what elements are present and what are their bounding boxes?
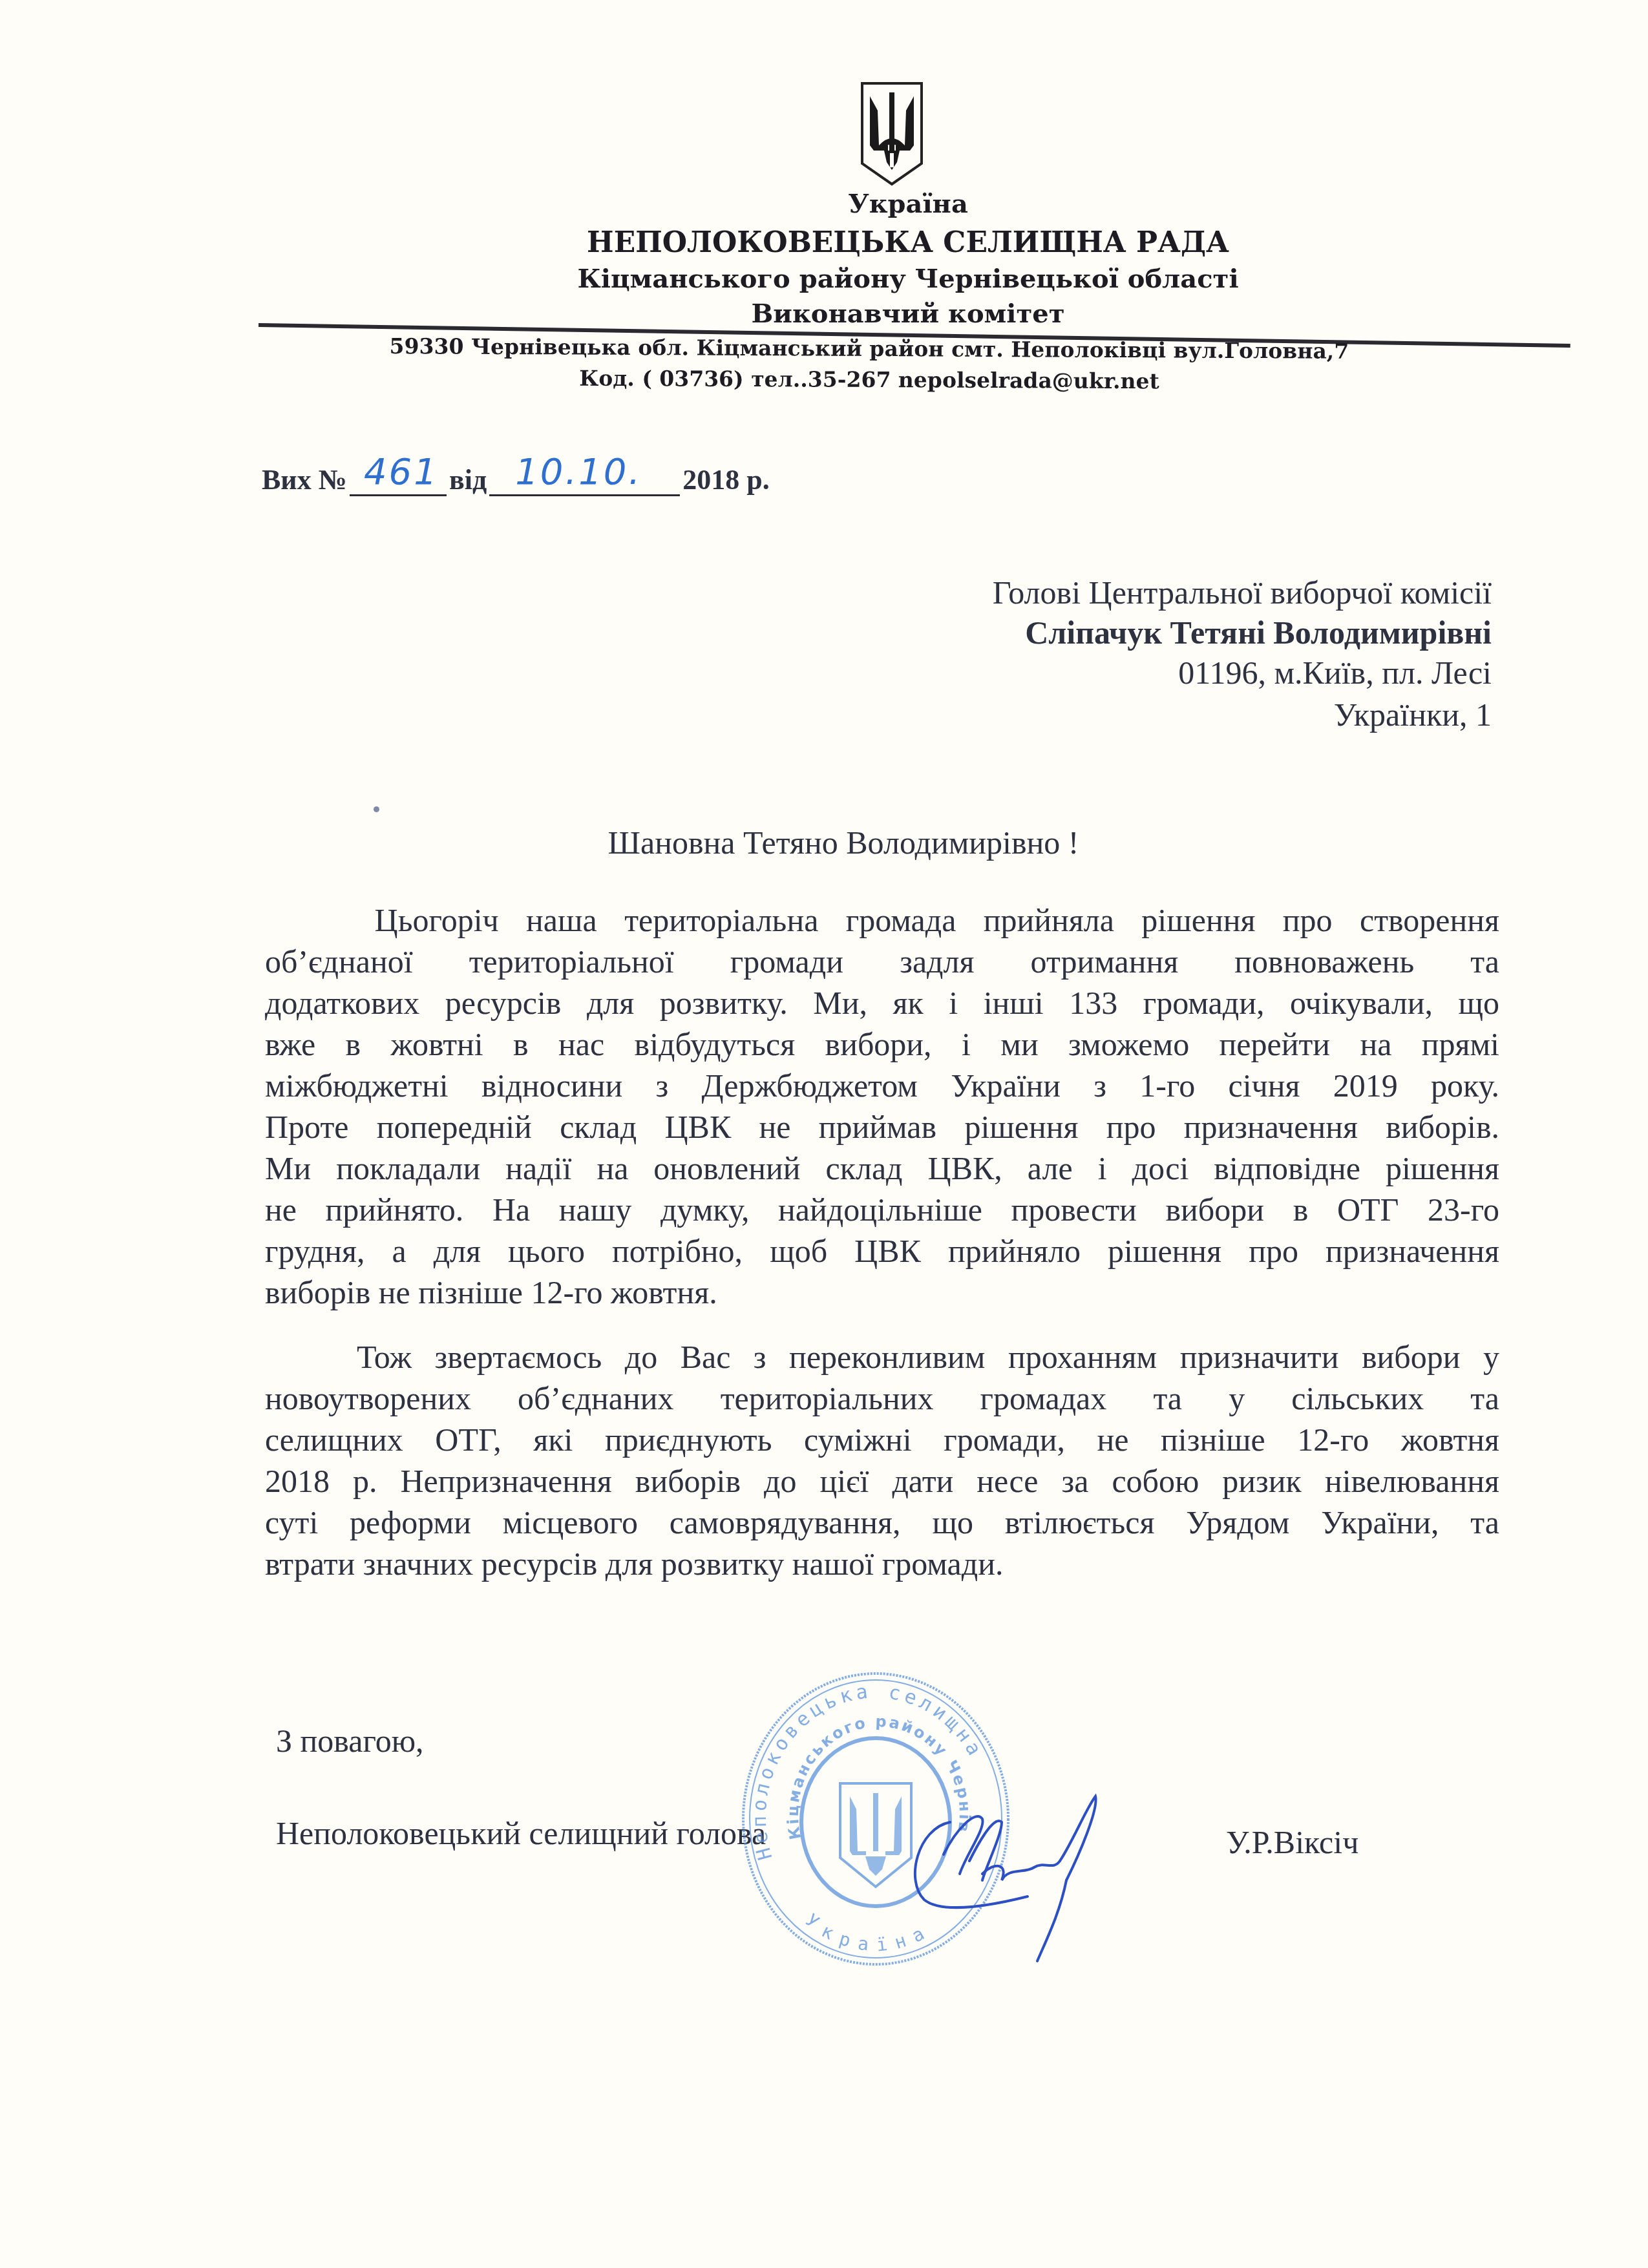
body-line: Цьогоріч наша територіальна громада прий… bbox=[265, 899, 1499, 941]
body-line: Тож звертаємось до Вас з переконливим пр… bbox=[265, 1336, 1499, 1378]
letterhead-address: 59330 Чернівецька обл. Кіцманський район… bbox=[45, 331, 1648, 365]
letterhead-contact: Код. ( 03736) тел..35-267 nepolselrada@u… bbox=[45, 362, 1648, 396]
body-line: міжбюджетні відносини з Держбюджетом Укр… bbox=[265, 1065, 1499, 1106]
body-line: вже в жовтні в нас відбудуться вибори, і… bbox=[265, 1024, 1499, 1065]
handwritten-signature-icon bbox=[905, 1783, 1137, 1964]
body-line: 2018 р. Непризначення виборів до цієї да… bbox=[265, 1460, 1499, 1502]
salutation: Шановна Тетяно Володимирівно ! bbox=[0, 824, 1648, 861]
body-line: додаткових ресурсів для розвитку. Ми, як… bbox=[265, 982, 1499, 1024]
body-paragraph-1: Цьогоріч наша територіальна громада прий… bbox=[265, 899, 1499, 1313]
reference-number-field: 461 bbox=[350, 462, 447, 496]
body-line: втрати значних ресурсів для розвитку наш… bbox=[265, 1543, 1499, 1584]
body-line: Проте попередній склад ЦВК не приймав рі… bbox=[265, 1106, 1499, 1148]
addressee-address-line2: Українки, 1 bbox=[1334, 696, 1492, 733]
letterhead-district: Кіцманського району Чернівецької області bbox=[84, 264, 1648, 294]
addressee-position: Голові Центральної виборчої комісії bbox=[993, 574, 1492, 611]
reference-date-field: 10.10. bbox=[489, 462, 680, 496]
body-line: не прийнято. На нашу думку, найдоцільніш… bbox=[265, 1189, 1499, 1230]
addressee-name: Сліпачук Тетяні Володимирівні bbox=[1025, 614, 1492, 651]
addressee-address-line1: 01196, м.Київ, пл. Лесі bbox=[1178, 654, 1492, 691]
reference-prefix: Вих № bbox=[262, 463, 347, 496]
outgoing-reference: Вих № 461 від 10.10. 2018 р. bbox=[262, 462, 770, 496]
closing-regards: З повагою, bbox=[276, 1722, 424, 1759]
letterhead-council: НЕПОЛОКОВЕЦЬКА СЕЛИЩНА РАДА bbox=[84, 226, 1648, 259]
body-line: виборів не пізніше 12-го жовтня. bbox=[265, 1272, 1499, 1313]
reference-from-label: від bbox=[449, 463, 487, 496]
body-line: об’єднаної територіальної громади задля … bbox=[265, 941, 1499, 982]
coat-of-arms-icon bbox=[860, 81, 924, 187]
body-line: грудня, а для цього потрібно, щоб ЦВК пр… bbox=[265, 1230, 1499, 1272]
body-line: Ми покладали надії на оновлений склад ЦВ… bbox=[265, 1148, 1499, 1189]
signatory-name: У.Р.Віксіч bbox=[1226, 1823, 1358, 1861]
scan-speck bbox=[374, 806, 379, 812]
body-paragraph-2: Тож звертаємось до Вас з переконливим пр… bbox=[265, 1336, 1499, 1584]
signatory-title: Неполоковецький селищний голова bbox=[276, 1814, 766, 1852]
body-line: суті реформи місцевого самоврядування, щ… bbox=[265, 1502, 1499, 1543]
body-line: селищних ОТГ, які приєднують суміжні гро… bbox=[265, 1419, 1499, 1460]
reference-year: 2018 р. bbox=[682, 463, 769, 496]
body-line: новоутворених об’єднаних територіальних … bbox=[265, 1378, 1499, 1419]
reference-number: 461 bbox=[364, 451, 439, 493]
reference-date: 10.10. bbox=[515, 451, 642, 493]
letterhead-country: Україна bbox=[84, 189, 1648, 219]
